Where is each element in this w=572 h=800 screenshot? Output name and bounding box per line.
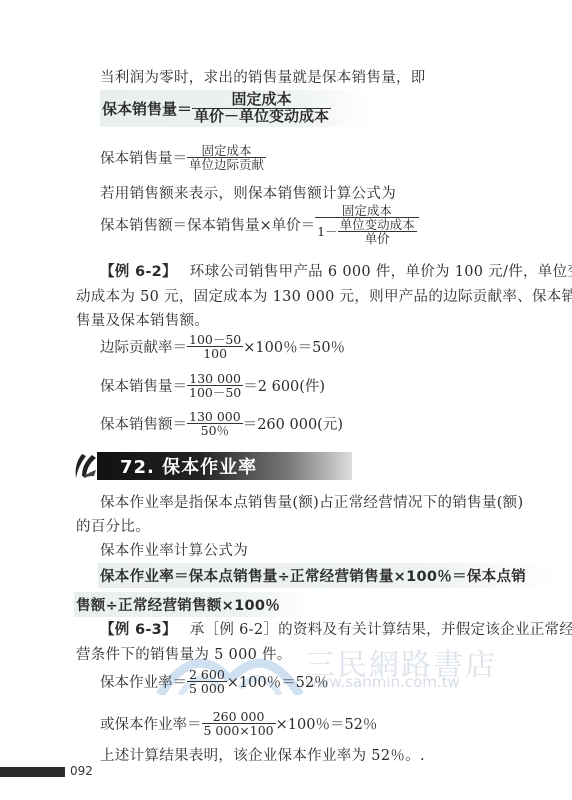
calc-denominator: 5 000 <box>187 682 227 695</box>
calc-numerator: 2 600 <box>187 668 227 682</box>
formula-denominator: 单位边际贡献 <box>187 158 266 171</box>
calc-numerator: 130 000 <box>187 372 243 386</box>
calc-lhs: 保本销售额＝ <box>100 413 187 434</box>
calc-rhs: ×100％＝50％ <box>243 336 345 357</box>
calc-safety-ratio: 保本作业率＝ 2 600 5 000 ×100％＝52％ <box>100 668 329 695</box>
example-6-2-line2: 动成本为 50 元，固定成本为 130 000 元，则甲产品的边际贡献率、保本销 <box>76 285 572 306</box>
example-label: 【例 6-3】 <box>100 622 177 638</box>
section-swoosh-icon <box>72 452 98 480</box>
calc-breakeven-sales: 保本销售额＝ 130 000 50％ ＝260 000(元) <box>100 410 343 437</box>
formula-lhs: 保本销售量＝ <box>100 147 187 168</box>
calc-rhs: ×100％＝52％ <box>276 713 378 734</box>
calc-rhs: ＝260 000(元) <box>243 413 343 434</box>
calc-denominator: 5 000×100 <box>202 724 276 737</box>
example-6-2-line1: 【例 6-2】 环球公司销售甲产品 6 000 件，单价为 100 元/件，单位… <box>100 260 572 281</box>
intro-text: 当利润为零时，求出的销售量就是保本销售量，即 <box>100 66 426 87</box>
formula-numerator: 固定成本 <box>315 204 418 218</box>
formula-den-prefix: 1－ <box>317 225 337 238</box>
formula-numerator: 固定成本 <box>187 144 266 158</box>
calc-lhs: 保本作业率＝ <box>100 671 187 692</box>
definition-line2: 的百分比。 <box>76 515 150 536</box>
calc-rhs: ×100％＝52％ <box>227 671 329 692</box>
page-number: 092 <box>70 764 93 778</box>
example-6-3-line1: 【例 6-3】 承［例 6-2］的资料及有关计算结果，并假定该企业正常经 <box>100 618 572 639</box>
example-text: 承［例 6-2］的资料及有关计算结果，并假定该企业正常经 <box>190 622 572 638</box>
formula-safety-ratio-line1: 保本作业率＝保本点销售量÷正常经营销售量×100％＝保本点销 <box>98 563 556 588</box>
calc-numerator: 130 000 <box>187 410 243 424</box>
calc-numerator: 100－50 <box>187 333 243 347</box>
formula-breakeven-volume: 保本销售量＝ 固定成本 单价－单位变动成本 <box>100 90 371 127</box>
calc-denominator: 100－50 <box>187 386 243 399</box>
formula-denominator: 单价－单位变动成本 <box>192 109 331 125</box>
formula-breakeven-volume-alt: 保本销售量＝ 固定成本 单位边际贡献 <box>100 144 266 171</box>
calc-breakeven-volume: 保本销售量＝ 130 000 100－50 ＝2 600(件) <box>100 372 325 399</box>
example-text: 环球公司销售甲产品 6 000 件，单价为 100 元/件，单位变 <box>190 264 572 280</box>
formula-intro: 保本作业率计算公式为 <box>100 539 248 560</box>
calc-lhs: 或保本作业率＝ <box>100 713 202 734</box>
conclusion-text: 上述计算结果表明，该企业保本作业率为 52％。. <box>100 744 425 765</box>
formula-lhs: 保本销售量＝ <box>102 98 192 119</box>
calc-safety-ratio-alt: 或保本作业率＝ 260 000 5 000×100 ×100％＝52％ <box>100 710 377 737</box>
definition-line1: 保本作业率是指保本点销售量(额)占正常经营情况下的销售量(额) <box>100 491 523 512</box>
inner-numerator: 单位变动成本 <box>338 218 417 232</box>
section-title: 72. 保本作业率 <box>120 453 257 479</box>
calc-lhs: 边际贡献率＝ <box>100 336 187 357</box>
calc-lhs: 保本销售量＝ <box>100 375 187 396</box>
formula-lhs: 保本销售额＝保本销售量×单价＝ <box>100 214 315 235</box>
formula-breakeven-sales: 保本销售额＝保本销售量×单价＝ 固定成本 1－ 单位变动成本 单价 <box>100 204 419 245</box>
inner-denominator: 单价 <box>338 232 417 245</box>
calc-numerator: 260 000 <box>202 710 276 724</box>
formula-safety-ratio-line2: 售额÷正常经营销售额×100％ <box>74 592 310 617</box>
example-6-2-line3: 售量及保本销售额。 <box>76 309 209 330</box>
example-label: 【例 6-2】 <box>100 264 177 280</box>
calc-denominator: 100 <box>187 347 243 360</box>
calc-rhs: ＝2 600(件) <box>243 375 325 396</box>
calc-contribution-margin-ratio: 边际贡献率＝ 100－50 100 ×100％＝50％ <box>100 333 345 360</box>
example-6-3-line2: 营条件下的销售量为 5 000 件。 <box>76 643 292 664</box>
sales-intro-text: 若用销售额来表示，则保本销售额计算公式为 <box>100 182 396 203</box>
calc-denominator: 50％ <box>187 424 243 437</box>
page-number-bar <box>0 767 65 777</box>
